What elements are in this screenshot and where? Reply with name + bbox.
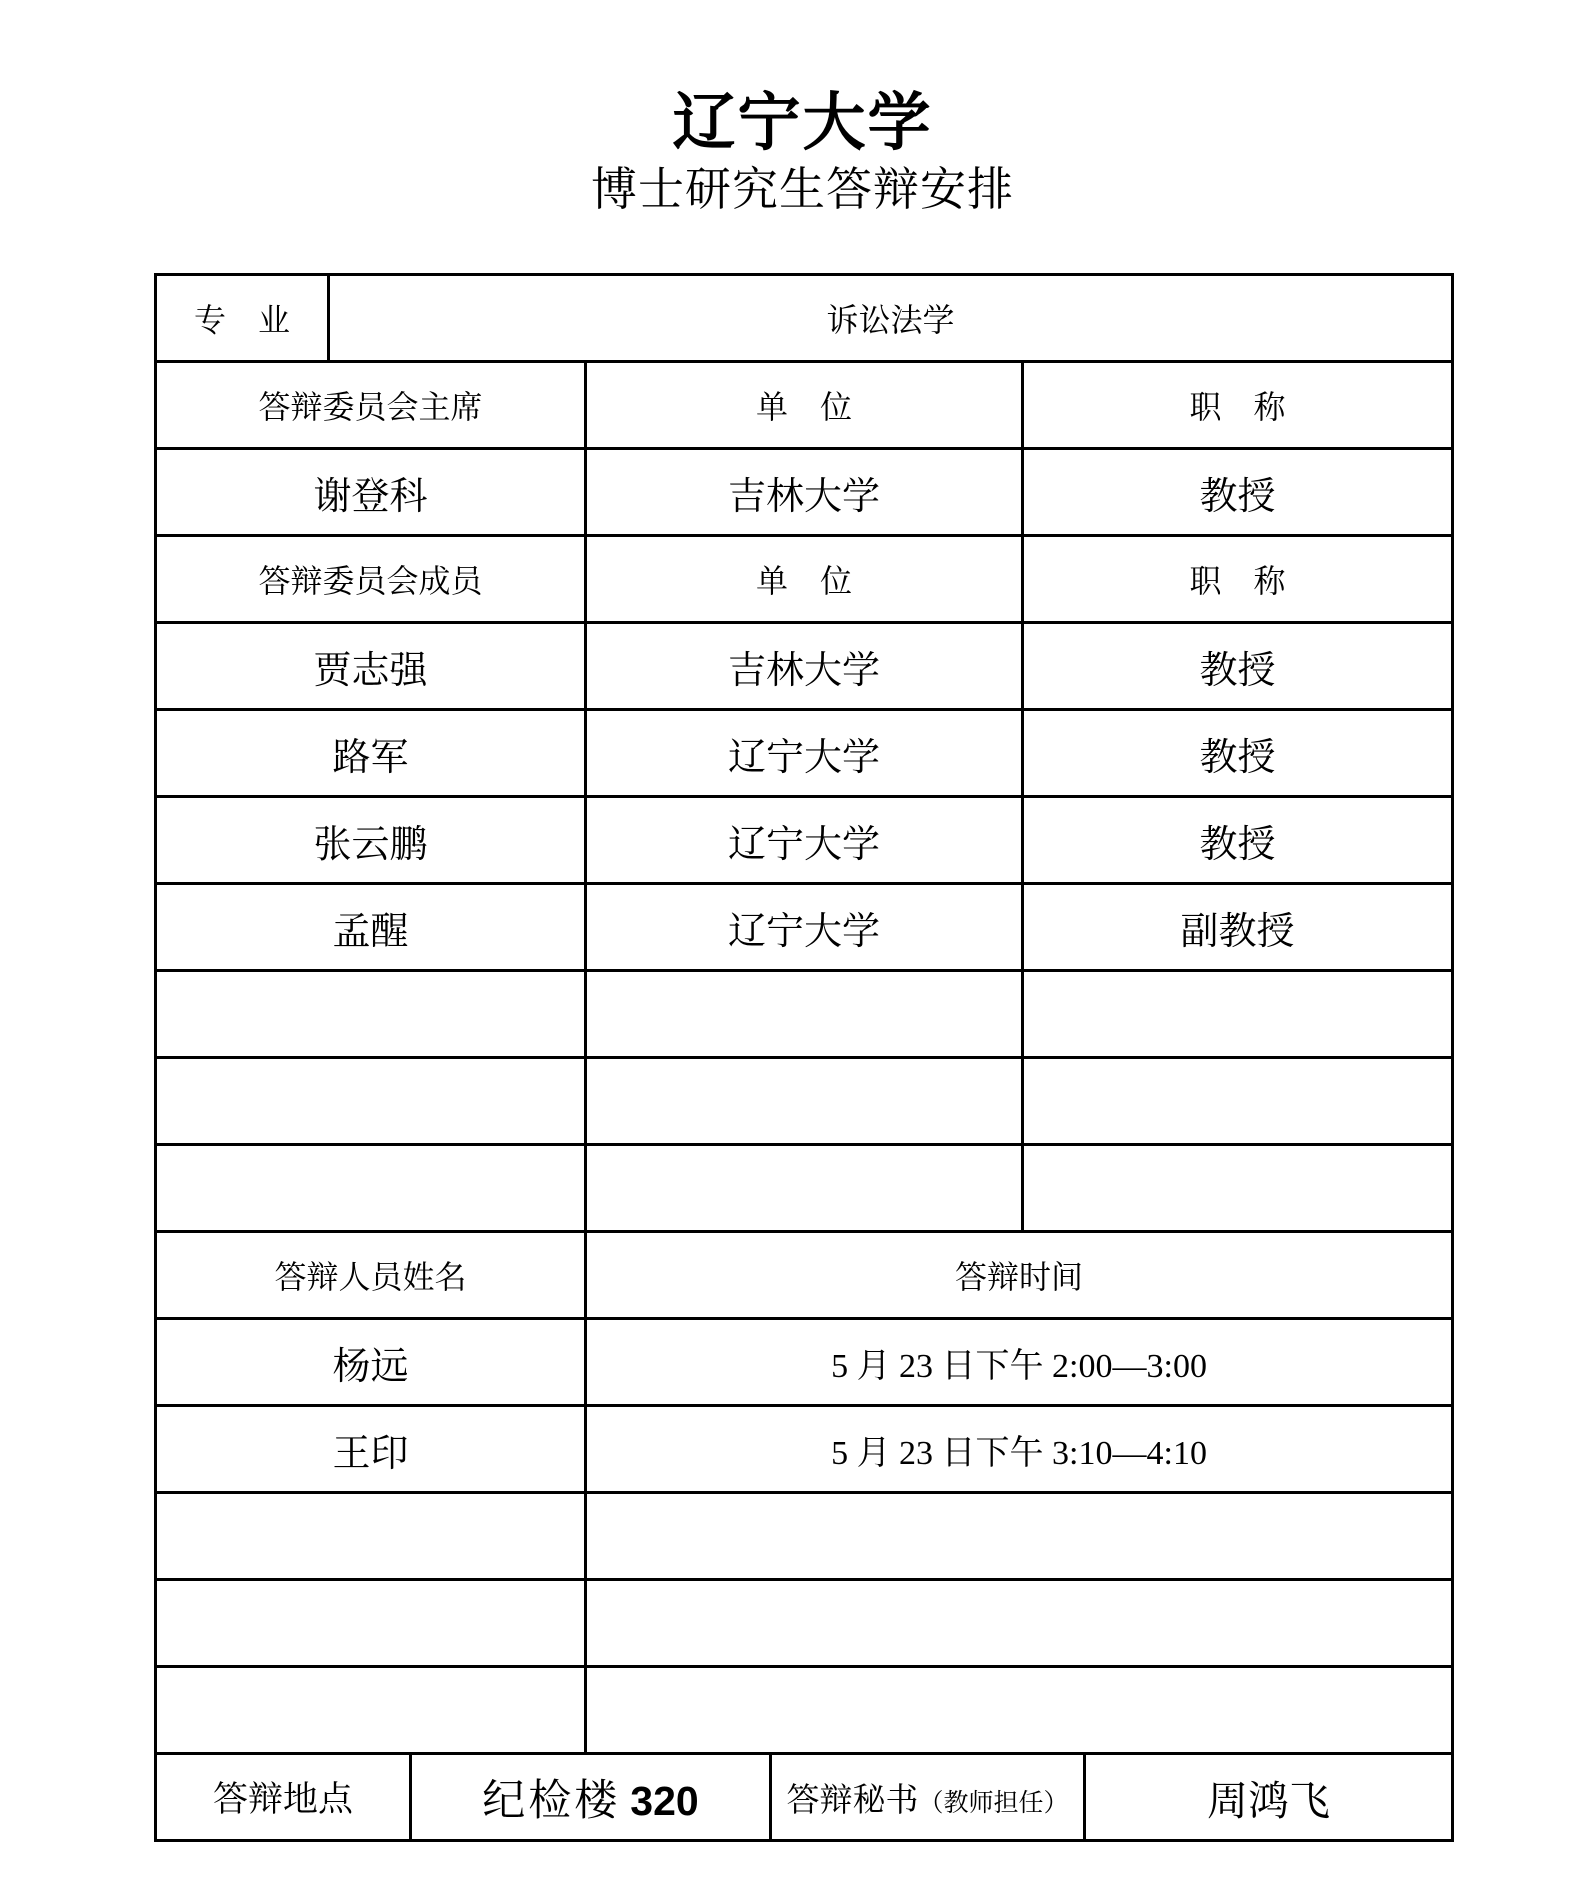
defense-row [156,1667,1453,1754]
chair-unit-header-cell: 单 位 [586,362,1023,449]
member-name-cell [156,971,586,1058]
venue-number: 320 [630,1778,698,1824]
member-title-cell [1023,1058,1453,1145]
member-row: 路军 辽宁大学 教授 [156,710,1453,797]
member-header-row: 答辩委员会成员 单 位 职 称 [156,536,1453,623]
spec-row: 专 业 诉讼法学 [156,275,1453,362]
member-unit-cell [586,1058,1023,1145]
venue-name: 纪检楼 [482,1778,620,1825]
secretary-note: （教师担任） [918,1790,1068,1817]
chair-header-row: 答辩委员会主席 单 位 职 称 [156,362,1453,449]
secretary-label-cell: 答辩秘书（教师担任） [771,1754,1085,1841]
member-name-cell: 张云鹏 [156,797,586,884]
defense-row: 杨远 5 月 23 日下午 2:00—3:00 [156,1319,1453,1406]
defense-time-cell: 5 月 23 日下午 2:00—3:00 [586,1319,1453,1406]
spec-value-cell: 诉讼法学 [329,275,1453,362]
defense-time-header-cell: 答辩时间 [586,1232,1453,1319]
member-row: 孟醒 辽宁大学 副教授 [156,884,1453,971]
member-unit-cell: 辽宁大学 [586,884,1023,971]
member-title-header-cell: 职 称 [1023,536,1453,623]
defense-name-header-cell: 答辩人员姓名 [156,1232,586,1319]
defense-header-row: 答辩人员姓名 答辩时间 [156,1232,1453,1319]
spec-label-cell: 专 业 [156,275,329,362]
chair-title-header-cell: 职 称 [1023,362,1453,449]
member-row [156,971,1453,1058]
member-unit-cell: 吉林大学 [586,623,1023,710]
venue-cell: 纪检楼320 [411,1754,771,1841]
page-subtitle: 博士研究生答辩安排 [154,165,1451,213]
member-title-cell [1023,971,1453,1058]
member-name-cell: 路军 [156,710,586,797]
defense-name-cell: 杨远 [156,1319,586,1406]
member-title-cell: 教授 [1023,710,1453,797]
defense-time-cell [586,1667,1453,1754]
member-unit-cell [586,1145,1023,1232]
defense-time-cell [586,1580,1453,1667]
chair-role-header-cell: 答辩委员会主席 [156,362,586,449]
member-name-cell: 贾志强 [156,623,586,710]
chair-unit-cell: 吉林大学 [586,449,1023,536]
defense-name-cell [156,1667,586,1754]
secretary-label: 答辩秘书 [786,1783,918,1819]
defense-name-cell: 王印 [156,1406,586,1493]
member-row [156,1145,1453,1232]
member-row: 贾志强 吉林大学 教授 [156,623,1453,710]
defense-time-cell [586,1493,1453,1580]
member-title-cell: 副教授 [1023,884,1453,971]
footer-row: 答辩地点 纪检楼320 答辩秘书（教师担任） 周鸿飞 [156,1754,1453,1841]
defense-arrangement-table: 专 业 诉讼法学 答辩委员会主席 单 位 职 称 谢登科 吉林大学 教授 答辩委… [154,273,1454,1842]
member-title-cell: 教授 [1023,623,1453,710]
member-unit-cell: 辽宁大学 [586,710,1023,797]
member-title-cell [1023,1145,1453,1232]
member-name-cell: 孟醒 [156,884,586,971]
member-role-header-cell: 答辩委员会成员 [156,536,586,623]
member-unit-header-cell: 单 位 [586,536,1023,623]
defense-time-cell: 5 月 23 日下午 3:10—4:10 [586,1406,1453,1493]
defense-row [156,1580,1453,1667]
secretary-name-cell: 周鸿飞 [1085,1754,1453,1841]
member-unit-cell [586,971,1023,1058]
member-title-cell: 教授 [1023,797,1453,884]
member-unit-cell: 辽宁大学 [586,797,1023,884]
defense-row [156,1493,1453,1580]
chair-name-cell: 谢登科 [156,449,586,536]
defense-name-cell [156,1580,586,1667]
member-row [156,1058,1453,1145]
member-row: 张云鹏 辽宁大学 教授 [156,797,1453,884]
defense-name-cell [156,1493,586,1580]
chair-row: 谢登科 吉林大学 教授 [156,449,1453,536]
defense-row: 王印 5 月 23 日下午 3:10—4:10 [156,1406,1453,1493]
member-name-cell [156,1145,586,1232]
member-name-cell [156,1058,586,1145]
location-label-cell: 答辩地点 [156,1754,411,1841]
chair-title-cell: 教授 [1023,449,1453,536]
page-title: 辽宁大学 [154,90,1451,156]
